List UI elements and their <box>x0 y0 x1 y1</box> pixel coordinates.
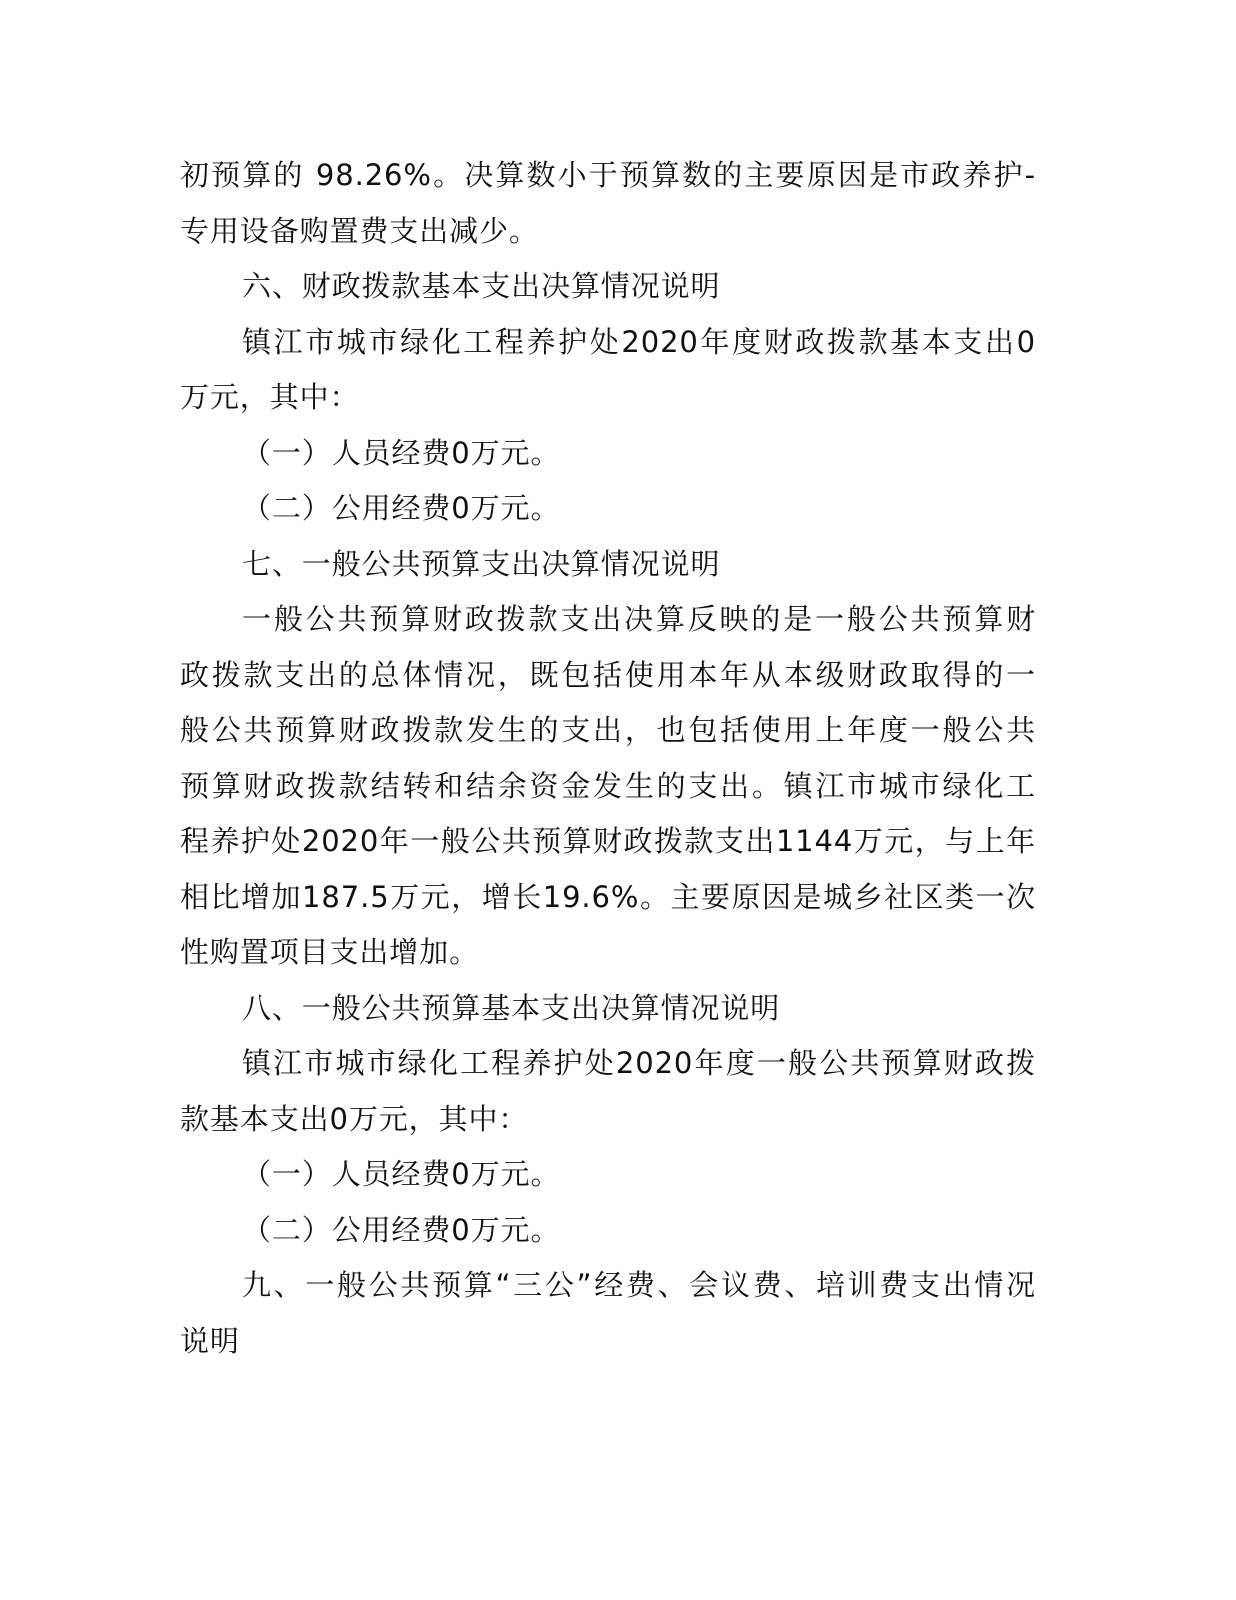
paragraph-line: 般公共预算财政拨款发生的支出，也包括使用上年度一般公共 <box>180 703 1036 759</box>
section-heading-8: 八、一般公共预算基本支出决算情况说明 <box>180 981 1036 1037</box>
list-item-public-expenses: （二）公用经费0万元。 <box>180 481 1036 537</box>
list-item-personnel-expenses: （一）人员经费0万元。 <box>180 426 1036 482</box>
list-item-personnel-expenses: （一）人员经费0万元。 <box>180 1147 1036 1203</box>
paragraph-line: 初预算的 98.26%。决算数小于预算数的主要原因是市政养护- <box>180 148 1036 204</box>
paragraph-line: 相比增加187.5万元，增长19.6%。主要原因是城乡社区类一次 <box>180 870 1036 926</box>
section-heading-9: 九、一般公共预算“三公”经费、会议费、培训费支出情况 <box>180 1258 1036 1314</box>
paragraph-line: 专用设备购置费支出减少。 <box>180 204 1036 260</box>
list-item-public-expenses: （二）公用经费0万元。 <box>180 1203 1036 1259</box>
paragraph-line: 镇江市城市绿化工程养护处2020年度一般公共预算财政拨 <box>180 1036 1036 1092</box>
section-heading-7: 七、一般公共预算支出决算情况说明 <box>180 537 1036 593</box>
paragraph-line: 预算财政拨款结转和结余资金发生的支出。镇江市城市绿化工 <box>180 759 1036 815</box>
paragraph-line: 万元，其中： <box>180 370 1036 426</box>
paragraph-line: 镇江市城市绿化工程养护处2020年度财政拨款基本支出0 <box>180 315 1036 371</box>
paragraph-line: 性购置项目支出增加。 <box>180 925 1036 981</box>
paragraph-line: 一般公共预算财政拨款支出决算反映的是一般公共预算财 <box>180 592 1036 648</box>
paragraph-line: 款基本支出0万元，其中： <box>180 1092 1036 1148</box>
section-heading-6: 六、财政拨款基本支出决算情况说明 <box>180 259 1036 315</box>
paragraph-line: 政拨款支出的总体情况，既包括使用本年从本级财政取得的一 <box>180 648 1036 704</box>
paragraph-line: 程养护处2020年一般公共预算财政拨款支出1144万元，与上年 <box>180 814 1036 870</box>
section-heading-9-cont: 说明 <box>180 1314 1036 1370</box>
document-page: 初预算的 98.26%。决算数小于预算数的主要原因是市政养护- 专用设备购置费支… <box>180 148 1036 1369</box>
